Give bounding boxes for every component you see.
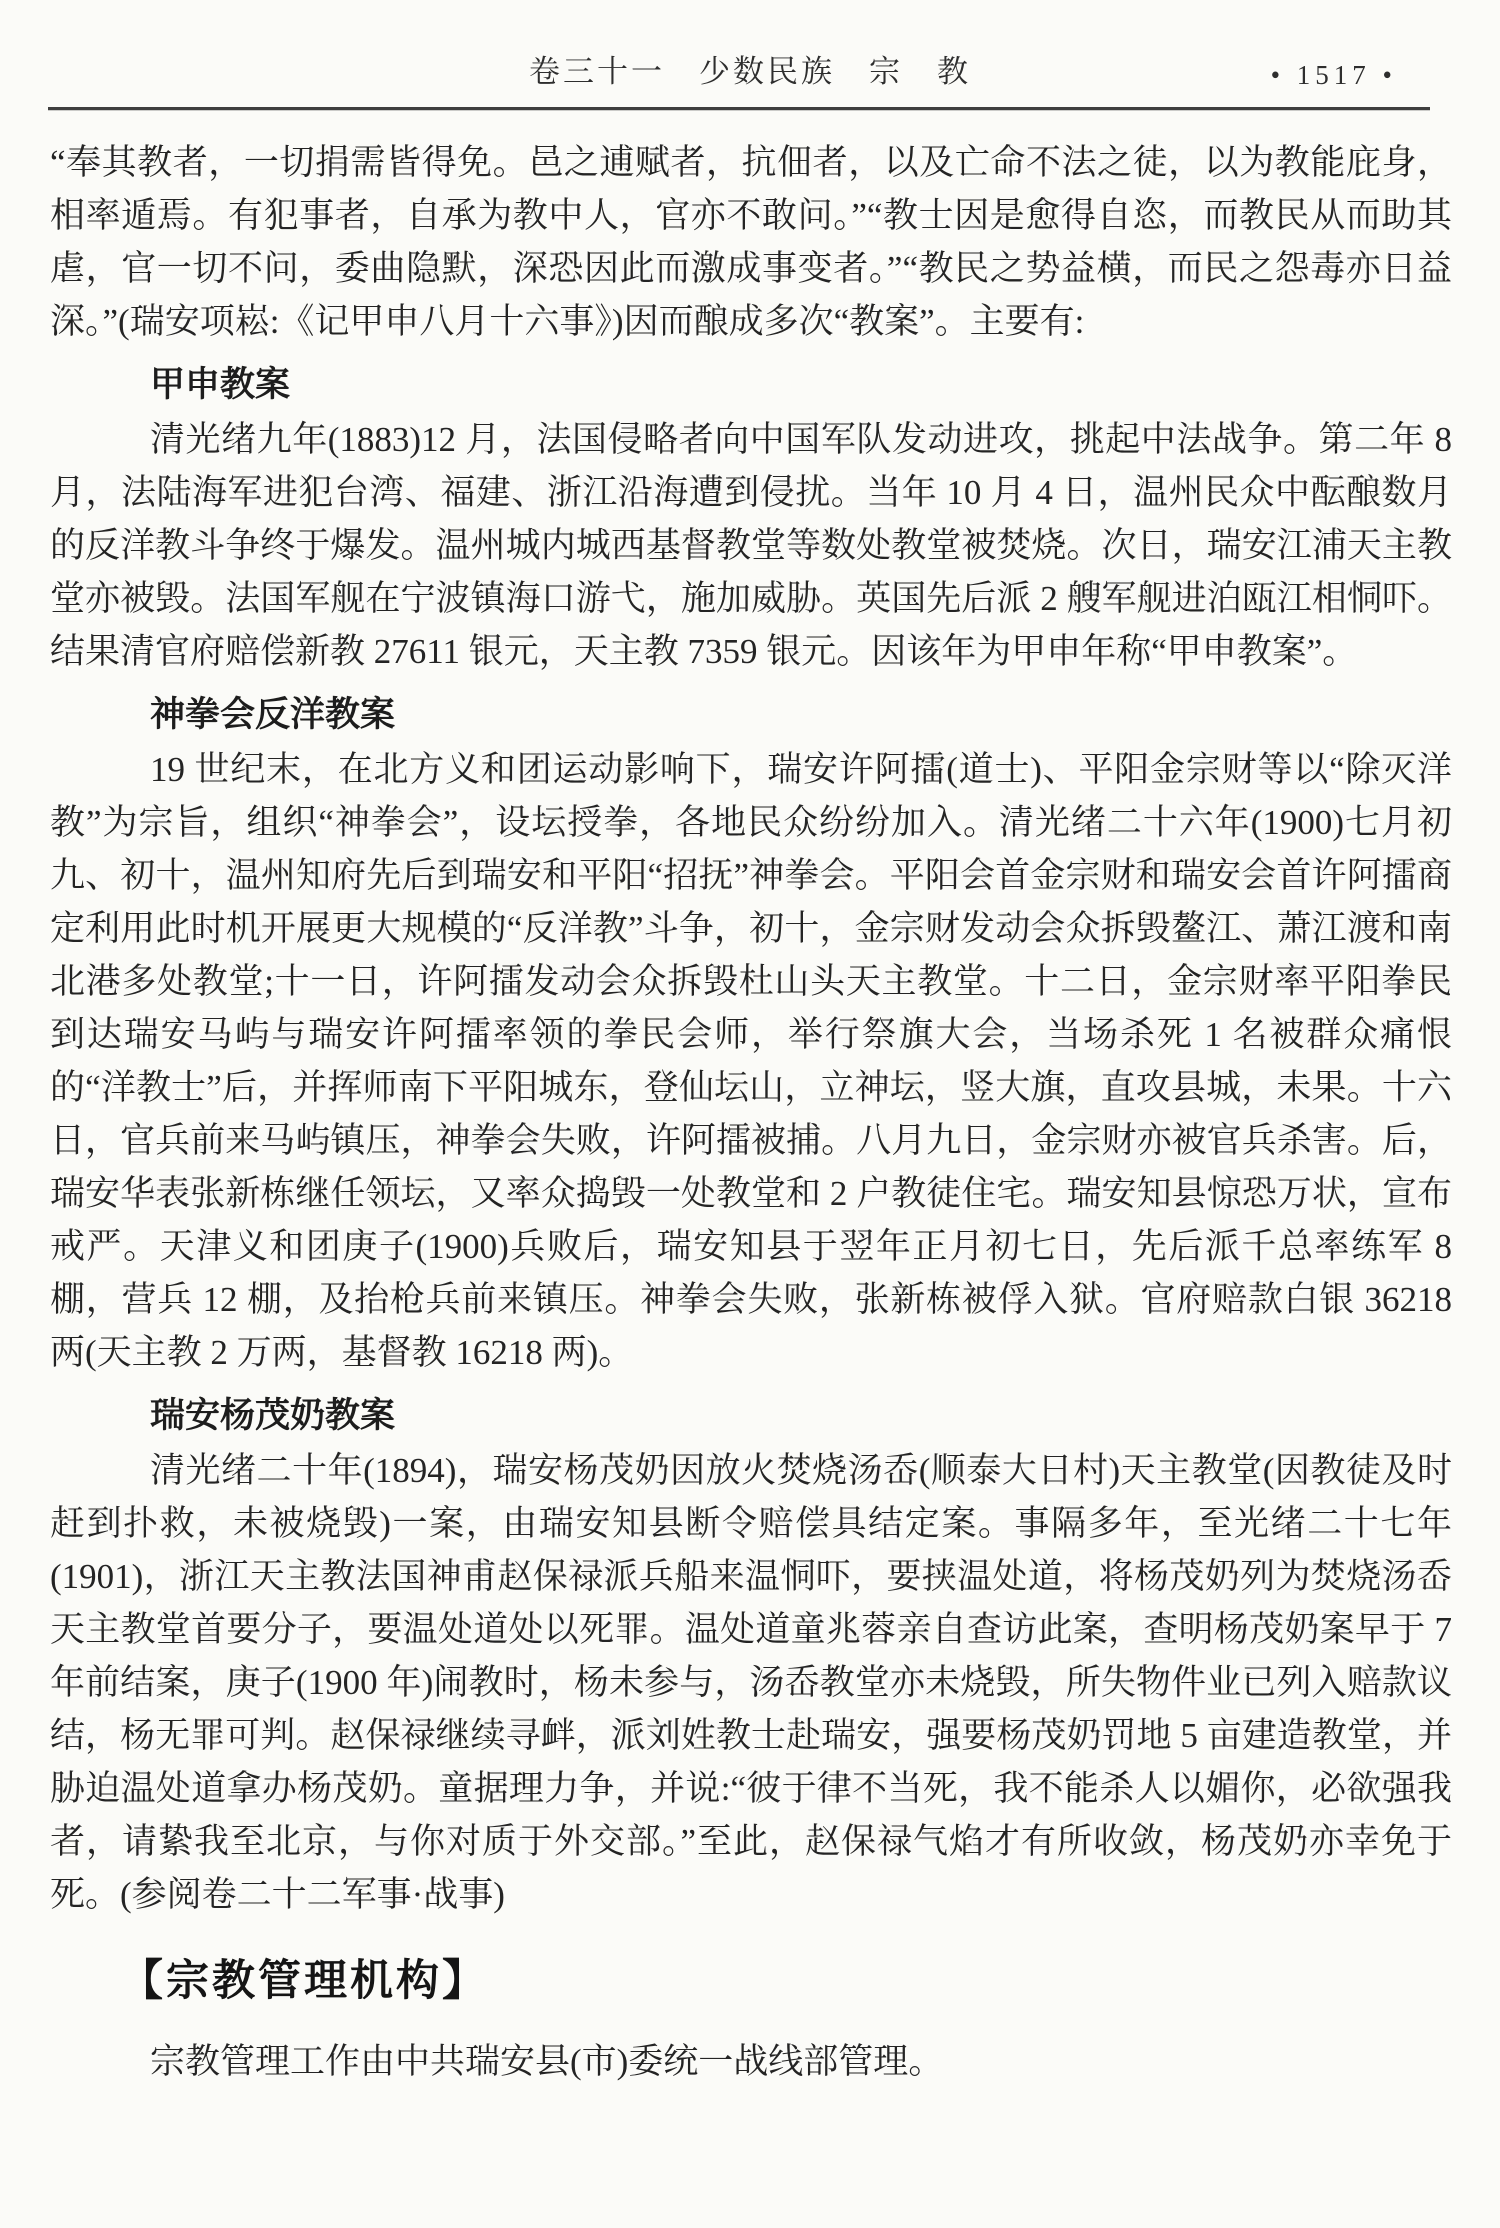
header-divider-rule — [48, 107, 1430, 110]
paragraph: 19 世纪末，在北方义和团运动影响下，瑞安许阿擂(道士)、平阳金宗财等以“除灭洋… — [50, 743, 1452, 1379]
page-header: 卷三十一 少数民族 宗 教 • 1517 • — [0, 0, 1500, 90]
book-page: 卷三十一 少数民族 宗 教 • 1517 • “奉其教者，一切捐需皆得免。邑之逋… — [0, 0, 1500, 2228]
subheading: 瑞安杨茂奶教案 — [50, 1389, 1452, 1442]
section-heading: 【宗教管理机构】 — [50, 1953, 1452, 2009]
paragraph: “奉其教者，一切捐需皆得免。邑之逋赋者，抗佃者，以及亡命不法之徒，以为教能庇身，… — [50, 136, 1452, 348]
paragraph: 宗教管理工作由中共瑞安县(市)委统一战线部管理。 — [50, 2035, 1452, 2088]
page-body-text: “奉其教者，一切捐需皆得免。邑之逋赋者，抗佃者，以及亡命不法之徒，以为教能庇身，… — [50, 136, 1452, 2088]
page-number: • 1517 • — [1271, 60, 1397, 91]
subheading: 甲申教案 — [50, 358, 1452, 411]
paragraph: 清光绪二十年(1894)，瑞安杨茂奶因放火焚烧汤岙(顺泰大日村)天主教堂(因教徒… — [50, 1444, 1452, 1921]
subheading: 神拳会反洋教案 — [50, 688, 1452, 741]
paragraph: 清光绪九年(1883)12 月，法国侵略者向中国军队发动进攻，挑起中法战争。第二… — [50, 413, 1452, 678]
